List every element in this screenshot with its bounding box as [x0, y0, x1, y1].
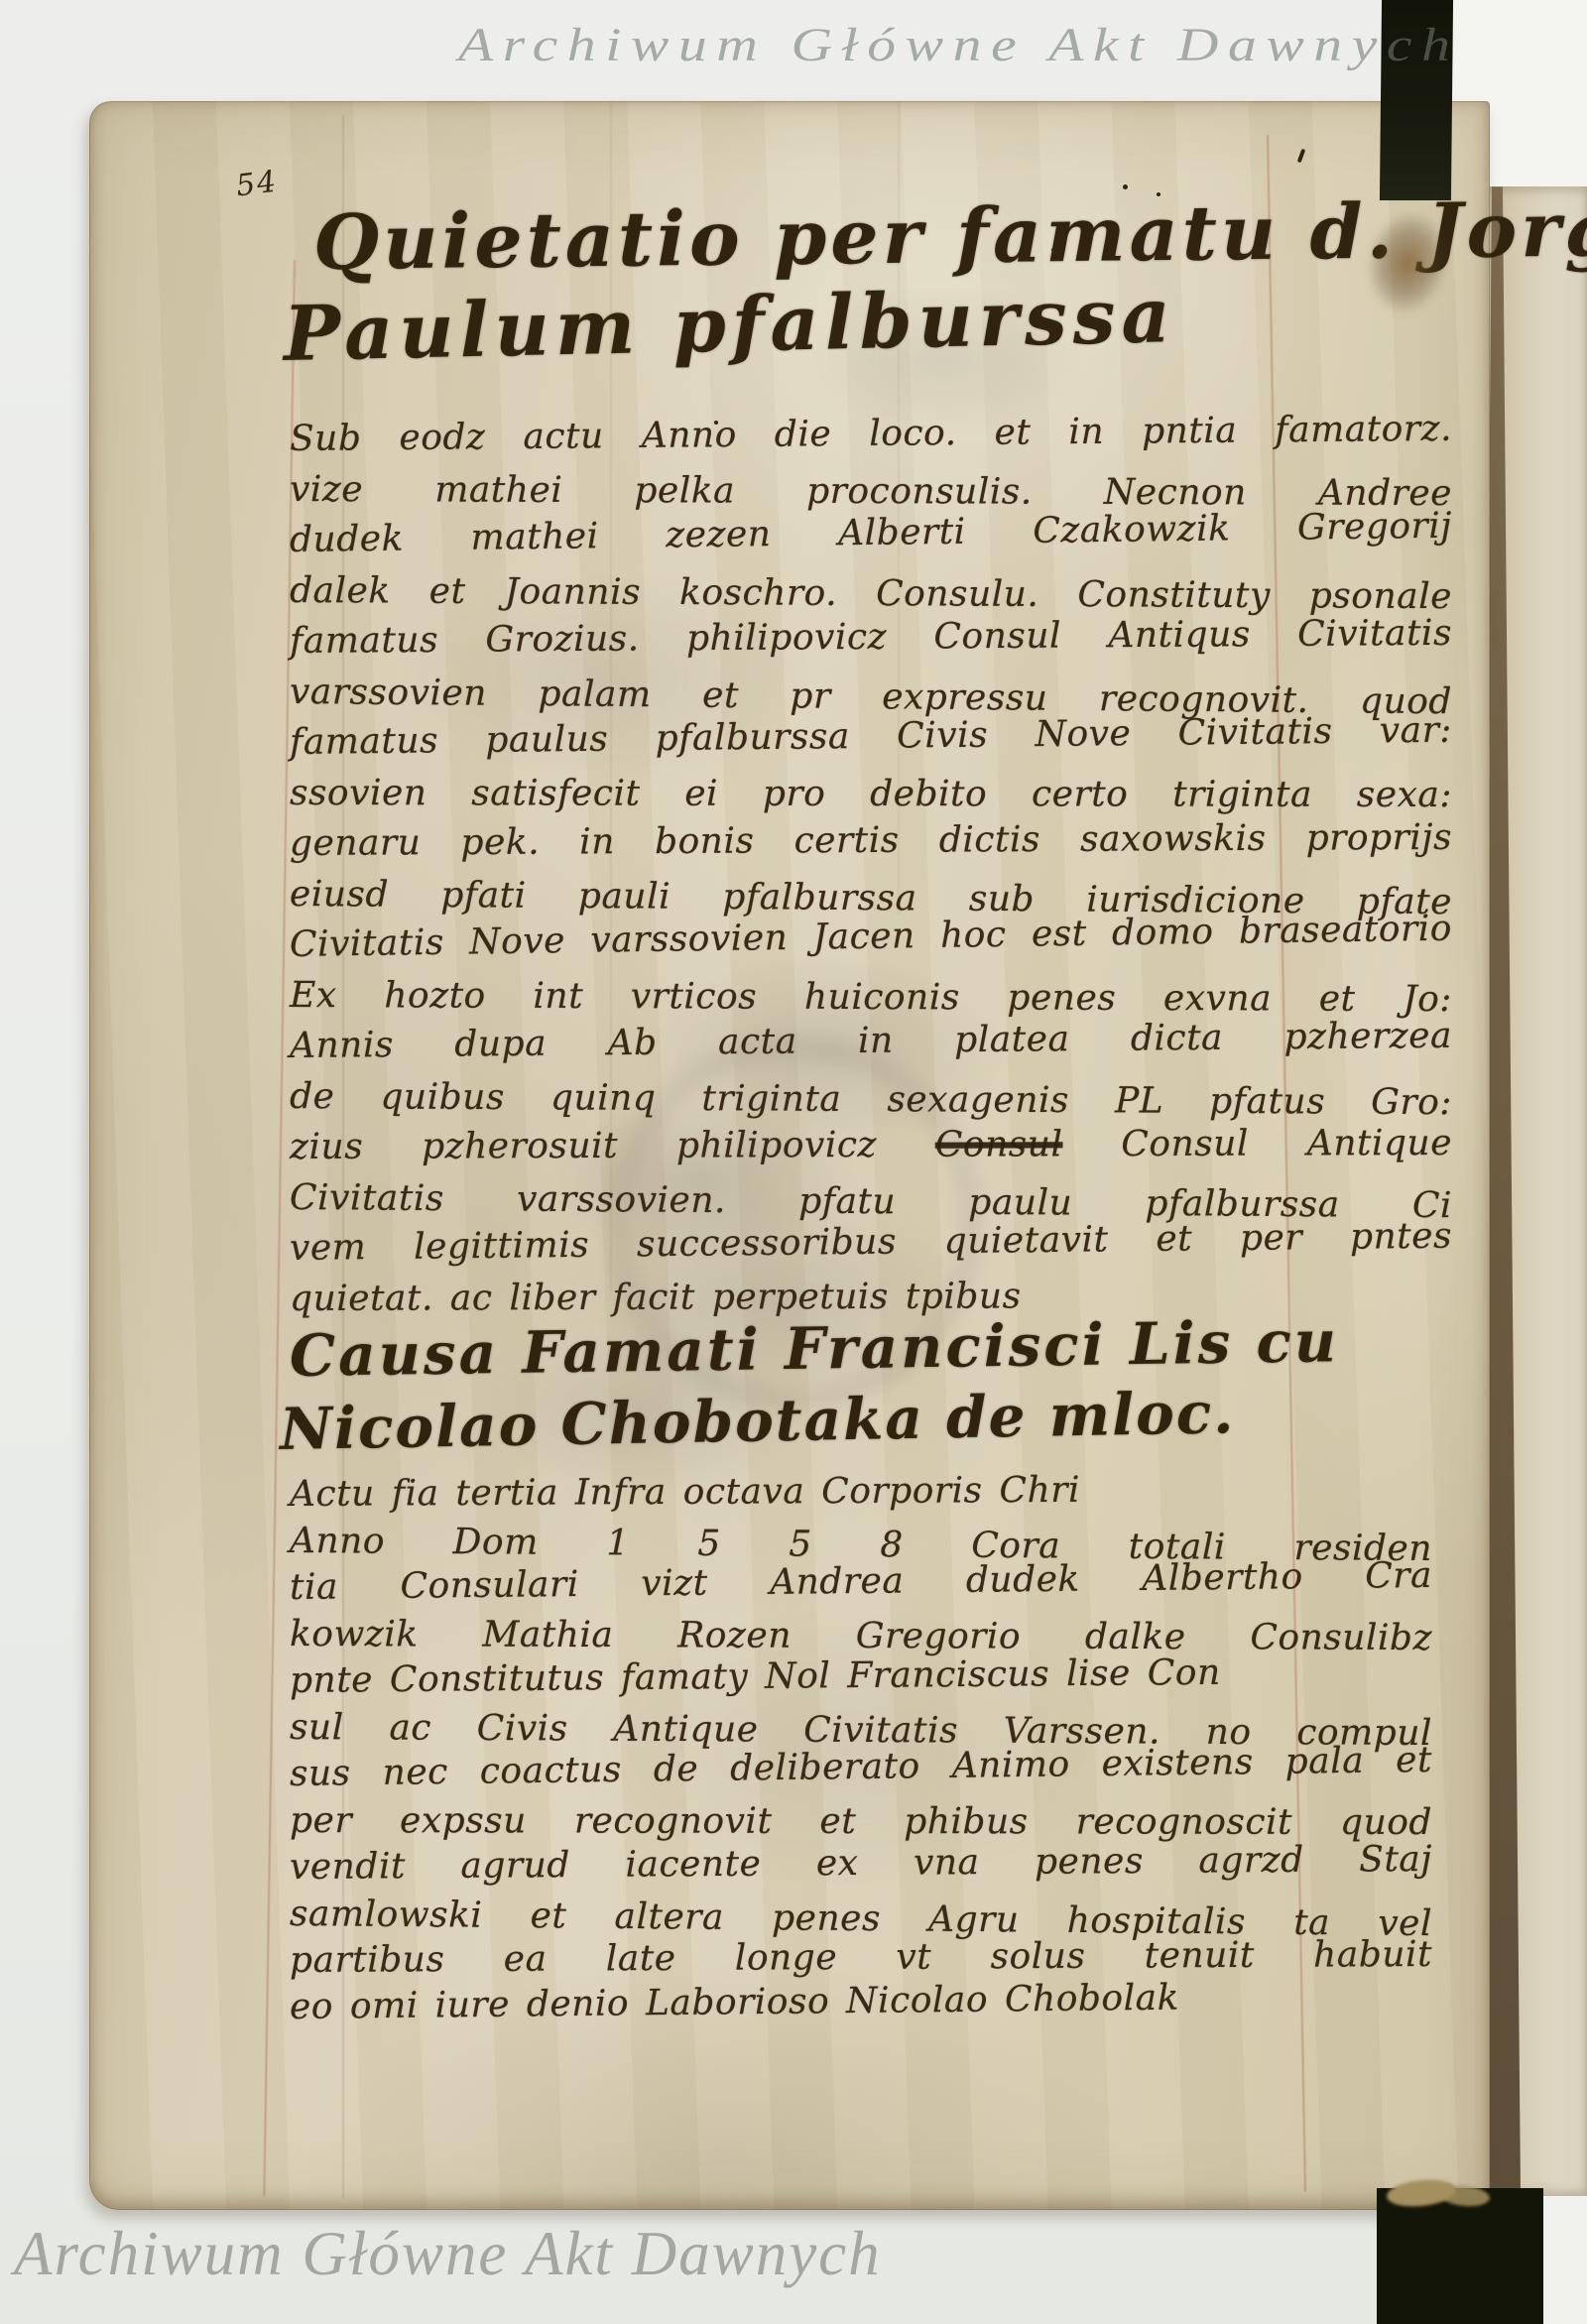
manuscript-text: dudek mathei zezen Alberti Czakowzik Gre…: [290, 506, 1452, 560]
ink-speck: [1051, 248, 1055, 252]
manuscript-line: genaru pek. in bonis certis dictis saxow…: [290, 815, 1452, 866]
manuscript-line: zius pzherosuit philipovicz Consul Consu…: [290, 1121, 1452, 1169]
manuscript-line: Actu fia tertia Infra octava Corporis Ch…: [290, 1467, 1291, 1517]
manuscript-text: partibus ea late longe vt solus tenuit h…: [290, 1934, 1432, 1981]
manuscript-line: vendit agrud iacente ex vna penes agrzd …: [290, 1837, 1432, 1890]
manuscript-text: zius pzherosuit philipovicz: [290, 1125, 935, 1167]
manuscript-text: dalek et Joannis koschro. Consulu. Const…: [290, 570, 1452, 617]
manuscript-text: Ex hozto int vrticos huiconis penes exvn…: [290, 975, 1452, 1020]
manuscript-text: eo omi iure denio Laborioso Nicolao Chob…: [290, 1978, 1179, 2027]
binding-strip-bottom: [1377, 2188, 1543, 2324]
archive-watermark-top: Archiwum Główne Akt Dawnych: [458, 18, 1460, 72]
manuscript-line: de quibus quinq triginta sexagenis PL pf…: [290, 1074, 1452, 1125]
manuscript-line: vem legittimis successoribus quietavit e…: [290, 1214, 1452, 1271]
manuscript-text: Sub eodz actu Anno die loco. et in pntia…: [290, 409, 1452, 459]
manuscript-text: Annis dupa Ab acta in platea dicta pzher…: [290, 1016, 1452, 1066]
backing-sheet-bottom-right: [1539, 2192, 1587, 2324]
manuscript-line: pnte Constitutus famaty Nol Franciscus l…: [290, 1650, 1351, 1703]
entry2-heading-line: Causa Famati Francisci Lis cu: [290, 1312, 1340, 1386]
manuscript-line: ssovien satisfecit ei pro debito certo t…: [290, 771, 1452, 817]
manuscript-line: eo omi iure denio Laborioso Nicolao Chob…: [290, 1975, 1212, 2029]
manuscript-text: famatus Grozius. philipovicz Consul Anti…: [290, 613, 1452, 662]
manuscript-text: ssovien satisfecit ei pro debito certo t…: [290, 773, 1452, 815]
ink-speck: [714, 421, 718, 425]
manuscript-text: Consul Antique: [1062, 1123, 1452, 1164]
manuscript-text: pnte Constitutus famaty Nol Franciscus l…: [290, 1652, 1221, 1701]
manuscript-line: Sub eodz actu Anno die loco. et in pntia…: [290, 407, 1452, 461]
struck-out-word: Consul: [935, 1124, 1063, 1164]
manuscript-text: tia Consulari vizt Andrea dudek Albertho…: [290, 1555, 1432, 1608]
ink-speck: [1137, 242, 1144, 249]
manuscript-text: de quibus quinq triginta sexagenis PL pf…: [290, 1076, 1452, 1123]
manuscript-text: vem legittimis successoribus quietavit e…: [290, 1216, 1452, 1269]
ink-speck: [1123, 184, 1128, 189]
ink-speck: [1157, 192, 1160, 196]
archive-scan-viewer: { "document": { "archive_watermark": "Ar…: [0, 0, 1587, 2324]
manuscript-text: per expssu recognovit et phibus recognos…: [290, 1800, 1432, 1843]
ink-speck: [1297, 149, 1306, 164]
manuscript-text: vendit agrud iacente ex vna penes agrzd …: [290, 1839, 1432, 1888]
manuscript-page: 54 Quietatio per famatu d. Jorga Paulum …: [89, 101, 1490, 2210]
entry1-heading-line: Paulum pfalburssa: [283, 277, 1176, 372]
entry2-heading-line: Nicolao Chobotaka de mloc.: [279, 1384, 1235, 1459]
manuscript-line: famatus Grozius. philipovicz Consul Anti…: [290, 611, 1452, 664]
manuscript-text: genaru pek. in bonis certis dictis saxow…: [290, 817, 1452, 864]
manuscript-line: partibus ea late longe vt solus tenuit h…: [290, 1932, 1432, 1983]
manuscript-line: Annis dupa Ab acta in platea dicta pzher…: [290, 1014, 1452, 1068]
manuscript-text: Actu fia tertia Infra octava Corporis Ch…: [290, 1470, 1080, 1515]
archive-watermark-bottom: Archiwum Główne Akt Dawnych: [14, 2218, 882, 2290]
page-number: 54: [234, 165, 280, 204]
manuscript-text: quietat. ac liber facit perpetuis tpibus: [290, 1276, 1022, 1319]
manuscript-line: quietat. ac liber facit perpetuis tpibus: [290, 1274, 1073, 1321]
